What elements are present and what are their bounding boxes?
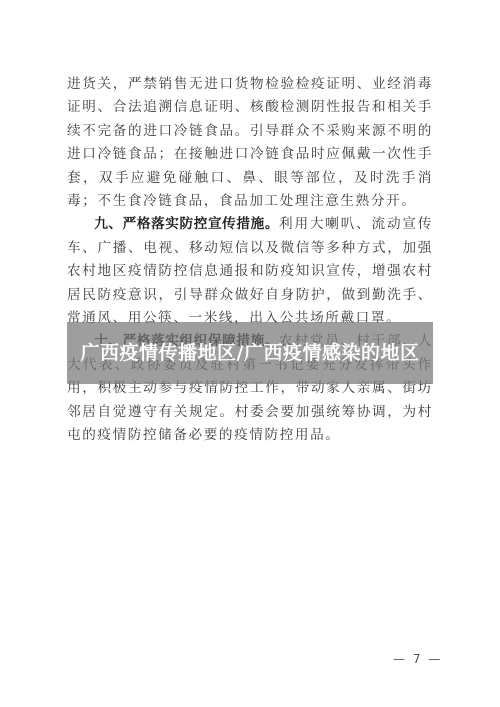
paragraph-cold-chain: 进货关，严禁销售无进口货物检验检疫证明、业经消毒证明、合法追溯信息证明、核酸检测… <box>67 73 433 213</box>
document-page: 进货关，严禁销售无进口货物检验检疫证明、业经消毒证明、合法追溯信息证明、核酸检测… <box>0 0 500 707</box>
section-heading-9: 九、严格落实防控宣传措施。 <box>94 216 279 232</box>
paragraph-text: 进货关，严禁销售无进口货物检验检疫证明、业经消毒证明、合法追溯信息证明、核酸检测… <box>67 76 433 209</box>
overlay-title: 广西疫情传播地区/广西疫情感染的地区 <box>80 342 420 365</box>
page-number: — 7 — <box>393 652 442 666</box>
paragraph-text: 利用大喇叭、流动宣传车、广播、电视、移动短信以及微信等多种方式，加强农村地区疫情… <box>67 216 433 326</box>
title-overlay-banner: 广西疫情传播地区/广西疫情感染的地区 <box>67 322 433 384</box>
paragraph-section-9: 九、严格落实防控宣传措施。利用大喇叭、流动宣传车、广播、电视、移动短信以及微信等… <box>67 213 433 330</box>
document-body: 进货关，严禁销售无进口货物检验检疫证明、业经消毒证明、合法追溯信息证明、核酸检测… <box>67 73 433 448</box>
